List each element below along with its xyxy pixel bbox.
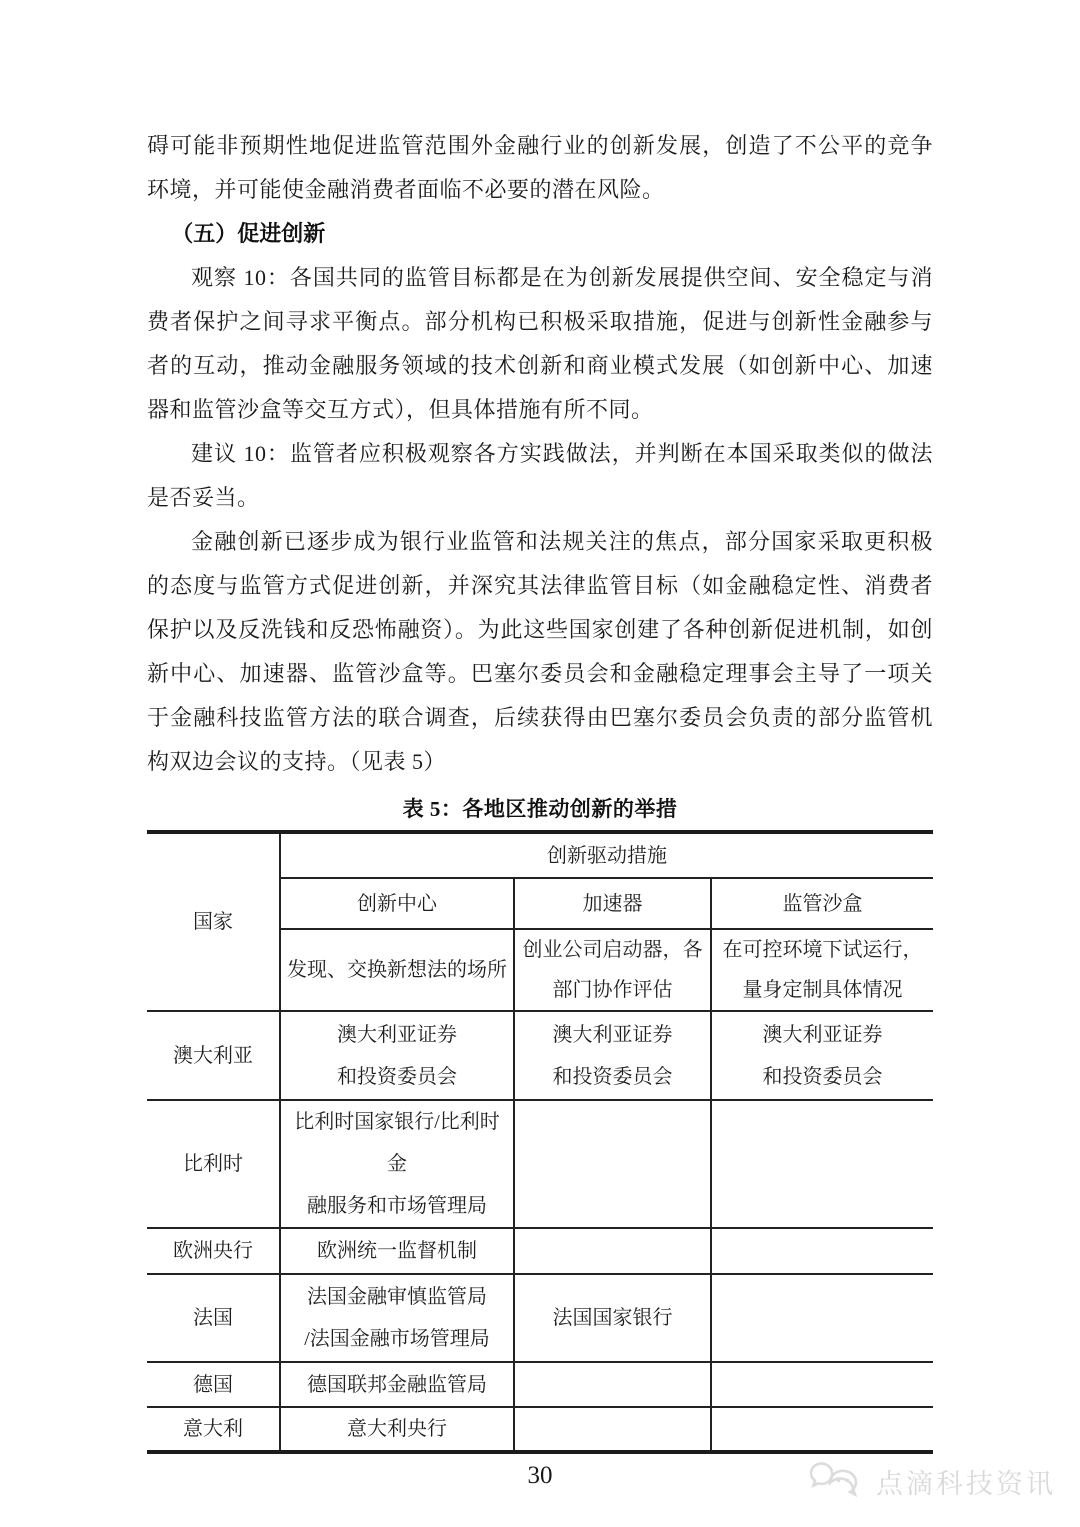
- watermark-label: 点滴科技资讯: [876, 1462, 1056, 1501]
- table-cell-sandbox: [711, 1362, 933, 1407]
- table-cell-hub: 欧洲统一监督机制: [280, 1228, 514, 1274]
- table-cell-country: 比利时: [147, 1100, 280, 1228]
- table-cell-country: 意大利: [147, 1407, 280, 1452]
- table-header-accelerator: 加速器: [514, 878, 711, 929]
- table-row-group-header: 国家 创新驱动措施: [147, 832, 933, 878]
- paragraph-continuation: 碍可能非预期性地促进监管范围外金融行业的创新发展，创造了不公平的竞争环境，并可能…: [147, 124, 933, 212]
- wechat-icon: [810, 1459, 866, 1503]
- table-header-sandbox: 监管沙盒: [711, 878, 933, 929]
- page-content: 碍可能非预期性地促进监管范围外金融行业的创新发展，创造了不公平的竞争环境，并可能…: [147, 0, 933, 1490]
- table-header-country: 国家: [147, 832, 280, 1011]
- table-cell-accelerator: [514, 1407, 711, 1452]
- table-cell-country: 法国: [147, 1274, 280, 1362]
- watermark: 点滴科技资讯: [810, 1459, 1056, 1503]
- table-cell-accelerator-description: 创业公司启动器，各 部门协作评估: [514, 929, 711, 1011]
- table-cell-country: 德国: [147, 1362, 280, 1407]
- table-cell-sandbox: [711, 1274, 933, 1362]
- table-cell-country: 欧洲央行: [147, 1228, 280, 1274]
- paragraph-observation-10: 观察 10：各国共同的监管目标都是在为创新发展提供空间、安全稳定与消费者保护之间…: [147, 256, 933, 432]
- table-row-belgium: 比利时 比利时国家银行/比利时金 融服务和市场管理局: [147, 1100, 933, 1228]
- table-row-italy: 意大利 意大利央行: [147, 1407, 933, 1452]
- table-cell-hub: 比利时国家银行/比利时金 融服务和市场管理局: [280, 1100, 514, 1228]
- table-cell-country: 澳大利亚: [147, 1011, 280, 1100]
- table-row-ecb: 欧洲央行 欧洲统一监督机制: [147, 1228, 933, 1274]
- table-cell-sandbox: [711, 1100, 933, 1228]
- document-page: 碍可能非预期性地促进监管范围外金融行业的创新发展，创造了不公平的竞争环境，并可能…: [0, 0, 1080, 1527]
- table-row-germany: 德国 德国联邦金融监管局: [147, 1362, 933, 1407]
- table-cell-accelerator: [514, 1100, 711, 1228]
- paragraph-financial-innovation: 金融创新已逐步成为银行业监管和法规关注的焦点，部分国家采取更积极的态度与监管方式…: [147, 520, 933, 784]
- table-cell-accelerator: 法国国家银行: [514, 1274, 711, 1362]
- table-cell-hub-description: 发现、交换新想法的场所: [280, 929, 514, 1011]
- table-cell-hub: 意大利央行: [280, 1407, 514, 1452]
- table-header-group: 创新驱动措施: [280, 832, 933, 878]
- table-cell-accelerator: [514, 1362, 711, 1407]
- table-header-innovation-hub: 创新中心: [280, 878, 514, 929]
- table-cell-hub: 澳大利亚证券 和投资委员会: [280, 1011, 514, 1100]
- table-cell-accelerator: [514, 1228, 711, 1274]
- table-title: 表 5：各地区推动创新的举措: [147, 794, 933, 824]
- innovation-measures-table: 国家 创新驱动措施 创新中心 加速器 监管沙盒 发现、交换新想法的场所 创业公司…: [147, 830, 933, 1454]
- table-cell-accelerator: 澳大利亚证券 和投资委员会: [514, 1011, 711, 1100]
- paragraph-recommendation-10: 建议 10：监管者应积极观察各方实践做法，并判断在本国采取类似的做法是否妥当。: [147, 432, 933, 520]
- table-cell-hub: 德国联邦金融监管局: [280, 1362, 514, 1407]
- table-cell-sandbox: [711, 1228, 933, 1274]
- table-cell-sandbox: [711, 1407, 933, 1452]
- table-cell-sandbox-description: 在可控环境下试运行， 量身定制具体情况: [711, 929, 933, 1011]
- table-row-france: 法国 法国金融审慎监管局 /法国金融市场管理局 法国国家银行: [147, 1274, 933, 1362]
- table-row-australia: 澳大利亚 澳大利亚证券 和投资委员会 澳大利亚证券 和投资委员会 澳大利亚证券 …: [147, 1011, 933, 1100]
- section-heading: （五）促进创新: [147, 212, 933, 256]
- table-cell-sandbox: 澳大利亚证券 和投资委员会: [711, 1011, 933, 1100]
- table-cell-hub: 法国金融审慎监管局 /法国金融市场管理局: [280, 1274, 514, 1362]
